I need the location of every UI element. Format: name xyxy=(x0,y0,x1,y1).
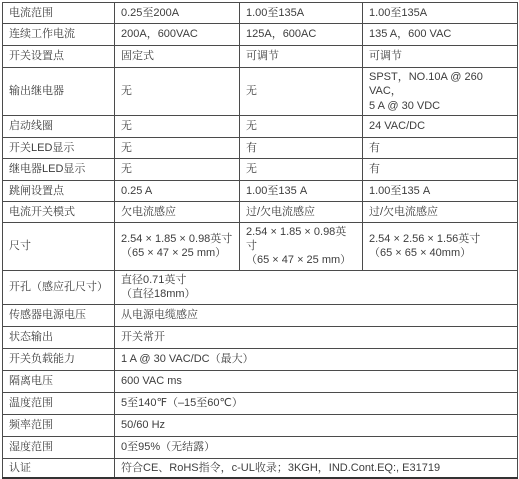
spec-cell: 无 xyxy=(115,115,240,137)
spec-cell: 600 VAC ms xyxy=(115,370,518,392)
row-label: 开孔（感应孔尺寸） xyxy=(3,270,115,304)
table-row: 状态输出 开关常开 xyxy=(3,326,518,348)
spec-cell: 无 xyxy=(240,68,363,116)
spec-cell: 有 xyxy=(240,137,363,158)
table-row: 继电器LED显示 无 无 有 xyxy=(3,158,518,180)
spec-cell: 1 A @ 30 VAC/DC（最大） xyxy=(115,348,518,370)
spec-cell: 2.54 × 1.85 × 0.98英寸 （65 × 47 × 25 mm） xyxy=(115,222,240,270)
table-row: 开孔（感应孔尺寸） 直径0.71英寸 （直径18mm） xyxy=(3,270,518,304)
row-label: 输出继电器 xyxy=(3,68,115,116)
spec-cell: 从电源电缆感应 xyxy=(115,304,518,326)
spec-cell: 0.25 A xyxy=(115,180,240,201)
table-row: 电流范围 0.25至200A 1.00至135A 1.00至135A xyxy=(3,3,518,24)
spec-cell: 0.25至200A xyxy=(115,3,240,24)
spec-cell: 过/欠电流感应 xyxy=(363,201,518,222)
spec-cell: 可调节 xyxy=(240,46,363,68)
row-label: 电流范围 xyxy=(3,3,115,24)
table-row: 开关设置点 固定式 可调节 可调节 xyxy=(3,46,518,68)
table-row: 输出继电器 无 无 SPST，NO.10A @ 260 VAC， 5 A @ 3… xyxy=(3,68,518,116)
spec-cell: 有 xyxy=(363,137,518,158)
table-row: 传感器电源电压 从电源电缆感应 xyxy=(3,304,518,326)
row-label: 认证 xyxy=(3,458,115,478)
row-label: 开关负载能力 xyxy=(3,348,115,370)
spec-table: 电流范围 0.25至200A 1.00至135A 1.00至135A 连续工作电… xyxy=(2,2,518,479)
spec-cell: 125A，600AC xyxy=(240,24,363,46)
row-label: 尺寸 xyxy=(3,222,115,270)
table-row: 尺寸 2.54 × 1.85 × 0.98英寸 （65 × 47 × 25 mm… xyxy=(3,222,518,270)
spec-cell: 5至140℉（–15至60℃） xyxy=(115,392,518,414)
spec-cell: 1.00至135 A xyxy=(240,180,363,201)
spec-cell: SPST，NO.10A @ 260 VAC， 5 A @ 30 VDC xyxy=(363,68,518,116)
spec-cell: 1.00至135 A xyxy=(363,180,518,201)
row-label: 连续工作电流 xyxy=(3,24,115,46)
table-row: 启动线圈 无 无 24 VAC/DC xyxy=(3,115,518,137)
spec-sheet-page: 电流范围 0.25至200A 1.00至135A 1.00至135A 连续工作电… xyxy=(0,0,519,449)
row-label: 传感器电源电压 xyxy=(3,304,115,326)
spec-cell: 固定式 xyxy=(115,46,240,68)
table-row: 隔离电压 600 VAC ms xyxy=(3,370,518,392)
spec-cell: 2.54 × 2.56 × 1.56英寸 （65 × 65 × 40mm） xyxy=(363,222,518,270)
spec-cell: 24 VAC/DC xyxy=(363,115,518,137)
row-label: 湿度范围 xyxy=(3,436,115,458)
row-label: 电流开关模式 xyxy=(3,201,115,222)
spec-cell: 135 A，600 VAC xyxy=(363,24,518,46)
row-label: 状态输出 xyxy=(3,326,115,348)
spec-cell: 无 xyxy=(115,158,240,180)
spec-cell: 无 xyxy=(115,137,240,158)
table-row: 湿度范围 0至95%（无结露） xyxy=(3,436,518,458)
row-label: 跳闸设置点 xyxy=(3,180,115,201)
spec-cell: 0至95%（无结露） xyxy=(115,436,518,458)
row-label: 开关LED显示 xyxy=(3,137,115,158)
table-row: 温度范围 5至140℉（–15至60℃） xyxy=(3,392,518,414)
spec-cell: 可调节 xyxy=(363,46,518,68)
table-row: 跳闸设置点 0.25 A 1.00至135 A 1.00至135 A xyxy=(3,180,518,201)
table-row: 开关负载能力 1 A @ 30 VAC/DC（最大） xyxy=(3,348,518,370)
table-row: 频率范围 50/60 Hz xyxy=(3,414,518,436)
spec-cell: 50/60 Hz xyxy=(115,414,518,436)
row-label: 温度范围 xyxy=(3,392,115,414)
spec-cell: 过/欠电流感应 xyxy=(240,201,363,222)
spec-cell: 欠电流感应 xyxy=(115,201,240,222)
spec-cell: 有 xyxy=(363,158,518,180)
row-label: 开关设置点 xyxy=(3,46,115,68)
spec-cell: 1.00至135A xyxy=(363,3,518,24)
spec-cell: 无 xyxy=(115,68,240,116)
spec-cell: 直径0.71英寸 （直径18mm） xyxy=(115,270,518,304)
row-label: 启动线圈 xyxy=(3,115,115,137)
spec-cell: 200A，600VAC xyxy=(115,24,240,46)
spec-cell: 符合CE、RoHS指令，c-UL收录；3KGH，IND.Cont.EQ:, E3… xyxy=(115,458,518,478)
row-label: 隔离电压 xyxy=(3,370,115,392)
spec-cell: 1.00至135A xyxy=(240,3,363,24)
spec-cell: 2.54 × 1.85 × 0.98英寸 （65 × 47 × 25 mm） xyxy=(240,222,363,270)
table-row: 电流开关模式 欠电流感应 过/欠电流感应 过/欠电流感应 xyxy=(3,201,518,222)
spec-cell: 无 xyxy=(240,158,363,180)
row-label: 频率范围 xyxy=(3,414,115,436)
row-label: 继电器LED显示 xyxy=(3,158,115,180)
table-row: 连续工作电流 200A，600VAC 125A，600AC 135 A，600 … xyxy=(3,24,518,46)
spec-cell: 无 xyxy=(240,115,363,137)
table-row: 开关LED显示 无 有 有 xyxy=(3,137,518,158)
table-row: 认证 符合CE、RoHS指令，c-UL收录；3KGH，IND.Cont.EQ:,… xyxy=(3,458,518,478)
spec-cell: 开关常开 xyxy=(115,326,518,348)
